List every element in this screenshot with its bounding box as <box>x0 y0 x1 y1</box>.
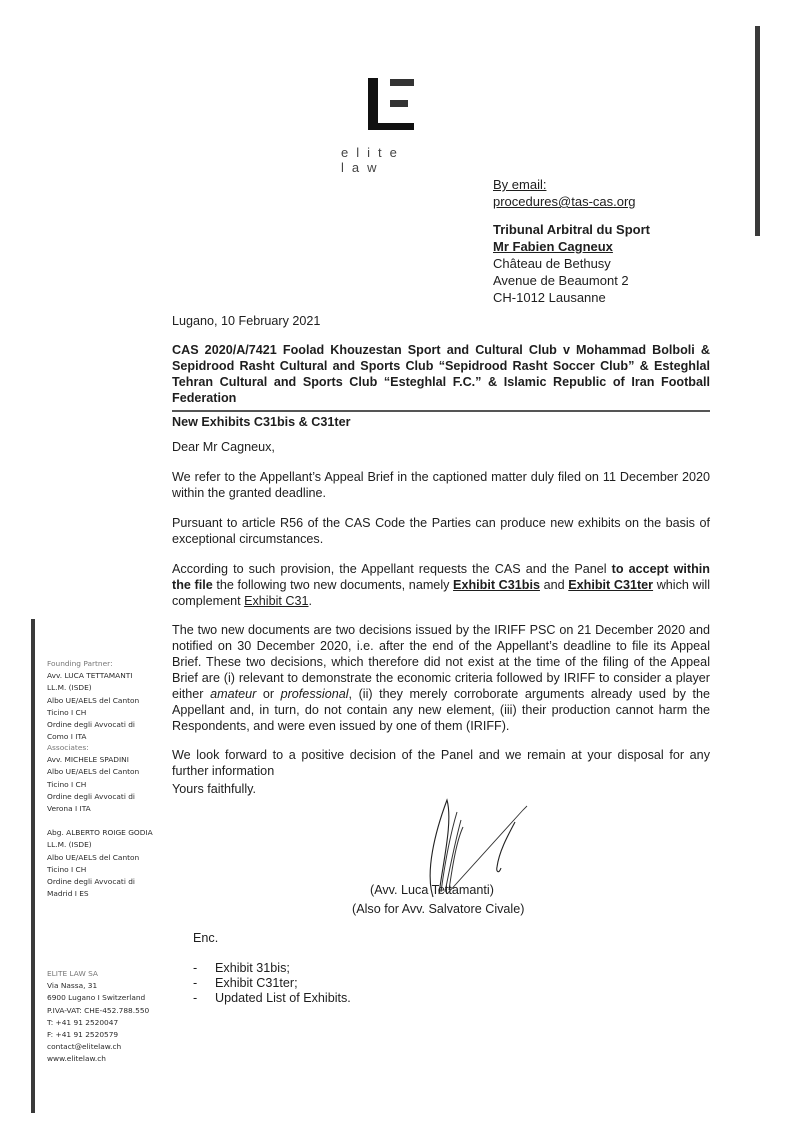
enclosure-text: Exhibit 31bis; <box>215 961 290 976</box>
sidebar-line: LL.M. (ISDE) <box>47 839 153 851</box>
brand-name: elite law <box>341 145 451 175</box>
paragraph-request: According to such provision, the Appella… <box>172 561 710 609</box>
sidebar-line: Ordine degli Avvocati di <box>47 791 153 803</box>
letter-subject: New Exhibits C31bis & C31ter <box>172 414 710 430</box>
elite-law-logo <box>368 78 428 130</box>
sidebar-line: Albo UE/AELS del Canton <box>47 766 153 778</box>
enclosure-item: -Updated List of Exhibits. <box>193 991 351 1006</box>
paragraph-decisions: The two new documents are two decisions … <box>172 622 710 734</box>
recipient-email-link[interactable]: procedures@tas-cas.org <box>493 193 650 210</box>
sidebar-line: LL.M. (ISDE) <box>47 682 139 694</box>
recipient-name: Mr Fabien Cagneux <box>493 238 650 255</box>
address-line: CH-1012 Lausanne <box>493 289 650 306</box>
sidebar-line: Albo UE/AELS del Canton <box>47 852 153 864</box>
company-email-link[interactable]: contact@elitelaw.ch <box>47 1041 149 1053</box>
sidebar-line: Ordine degli Avvocati di <box>47 719 139 731</box>
company-website-link[interactable]: www.elitelaw.ch <box>47 1053 149 1065</box>
founding-partner-label: Founding Partner: <box>47 658 139 670</box>
company-street: Via Nassa, 31 <box>47 980 149 992</box>
company-fax: F: +41 91 2520579 <box>47 1029 149 1041</box>
sidebar-line: Abg. ALBERTO ROIGE GODIA <box>47 827 153 839</box>
enclosures-label: Enc. <box>193 931 218 945</box>
subject-divider <box>172 410 710 412</box>
text-segment: According to such provision, the Appella… <box>172 562 612 576</box>
enclosure-text: Updated List of Exhibits. <box>215 991 351 1006</box>
sidebar-line: Ordine degli Avvocati di <box>47 876 153 888</box>
sidebar-line: Ticino I CH <box>47 864 153 876</box>
enclosure-text: Exhibit C31ter; <box>215 976 298 991</box>
place-date: Lugano, 10 February 2021 <box>172 313 710 329</box>
paragraph-closing-remark: We look forward to a positive decision o… <box>172 747 710 779</box>
sidebar-line: Avv. LUCA TETTAMANTI <box>47 670 139 682</box>
bullet: - <box>193 961 215 976</box>
italic-term: amateur <box>210 687 256 701</box>
sidebar-line: Ticino I CH <box>47 779 153 791</box>
sidebar-line: Avv. MICHELE SPADINI <box>47 754 153 766</box>
company-phone: T: +41 91 2520047 <box>47 1017 149 1029</box>
company-name: ELITE LAW SA <box>47 968 149 980</box>
sidebar-company-info: ELITE LAW SA Via Nassa, 31 6900 Lugano I… <box>47 968 149 1066</box>
delivery-method: By email: <box>493 176 650 193</box>
text-segment: and <box>540 578 568 592</box>
exhibit-c31bis-reference: Exhibit C31bis <box>453 578 540 592</box>
paragraph-appeal-brief: We refer to the Appellant’s Appeal Brief… <box>172 469 710 501</box>
salutation: Dear Mr Cagneux, <box>172 439 710 455</box>
bullet: - <box>193 991 215 1006</box>
right-margin-bar <box>755 26 760 236</box>
exhibit-c31ter-reference: Exhibit C31ter <box>568 578 653 592</box>
text-segment: . <box>309 594 313 608</box>
italic-term: professional <box>281 687 349 701</box>
company-vat: P.IVA-VAT: CHE-452.788.550 <box>47 1005 149 1017</box>
enclosures-list: -Exhibit 31bis; -Exhibit C31ter; -Update… <box>193 961 351 1006</box>
addressee-block: By email: procedures@tas-cas.org Tribuna… <box>493 176 650 306</box>
enclosure-item: -Exhibit 31bis; <box>193 961 351 976</box>
bullet: - <box>193 976 215 991</box>
paragraph-article-r56: Pursuant to article R56 of the CAS Code … <box>172 515 710 547</box>
sidebar-line: Madrid I ES <box>47 888 153 900</box>
sidebar-line: Ticino I CH <box>47 707 139 719</box>
sidebar-line: Albo UE/AELS del Canton <box>47 695 139 707</box>
recipient-organization: Tribunal Arbitral du Sport <box>493 221 650 238</box>
logo-e-top-stroke <box>390 79 414 86</box>
enclosure-item: -Exhibit C31ter; <box>193 976 351 991</box>
logo-e-middle-stroke <box>390 100 408 107</box>
address-line: Avenue de Beaumont 2 <box>493 272 650 289</box>
text-segment: or <box>256 687 280 701</box>
address-line: Château de Bethusy <box>493 255 650 272</box>
sidebar-associates: Associates: Avv. MICHELE SPADINI Albo UE… <box>47 742 153 900</box>
left-margin-bar <box>31 619 35 1113</box>
signatory-name: (Avv. Luca Tettamanti) <box>370 883 494 897</box>
signatory-also-for: (Also for Avv. Salvatore Civale) <box>352 902 524 916</box>
text-segment: the following two new documents, namely <box>213 578 453 592</box>
logo-base-stroke <box>368 123 414 130</box>
company-city: 6900 Lugano I Switzerland <box>47 992 149 1004</box>
sidebar-founding-partner: Founding Partner: Avv. LUCA TETTAMANTI L… <box>47 658 139 743</box>
associates-label: Associates: <box>47 742 153 754</box>
case-reference: CAS 2020/A/7421 Foolad Khouzestan Sport … <box>172 342 710 406</box>
exhibit-c31-reference: Exhibit C31 <box>244 594 308 608</box>
sidebar-line: Verona I ITA <box>47 803 153 815</box>
